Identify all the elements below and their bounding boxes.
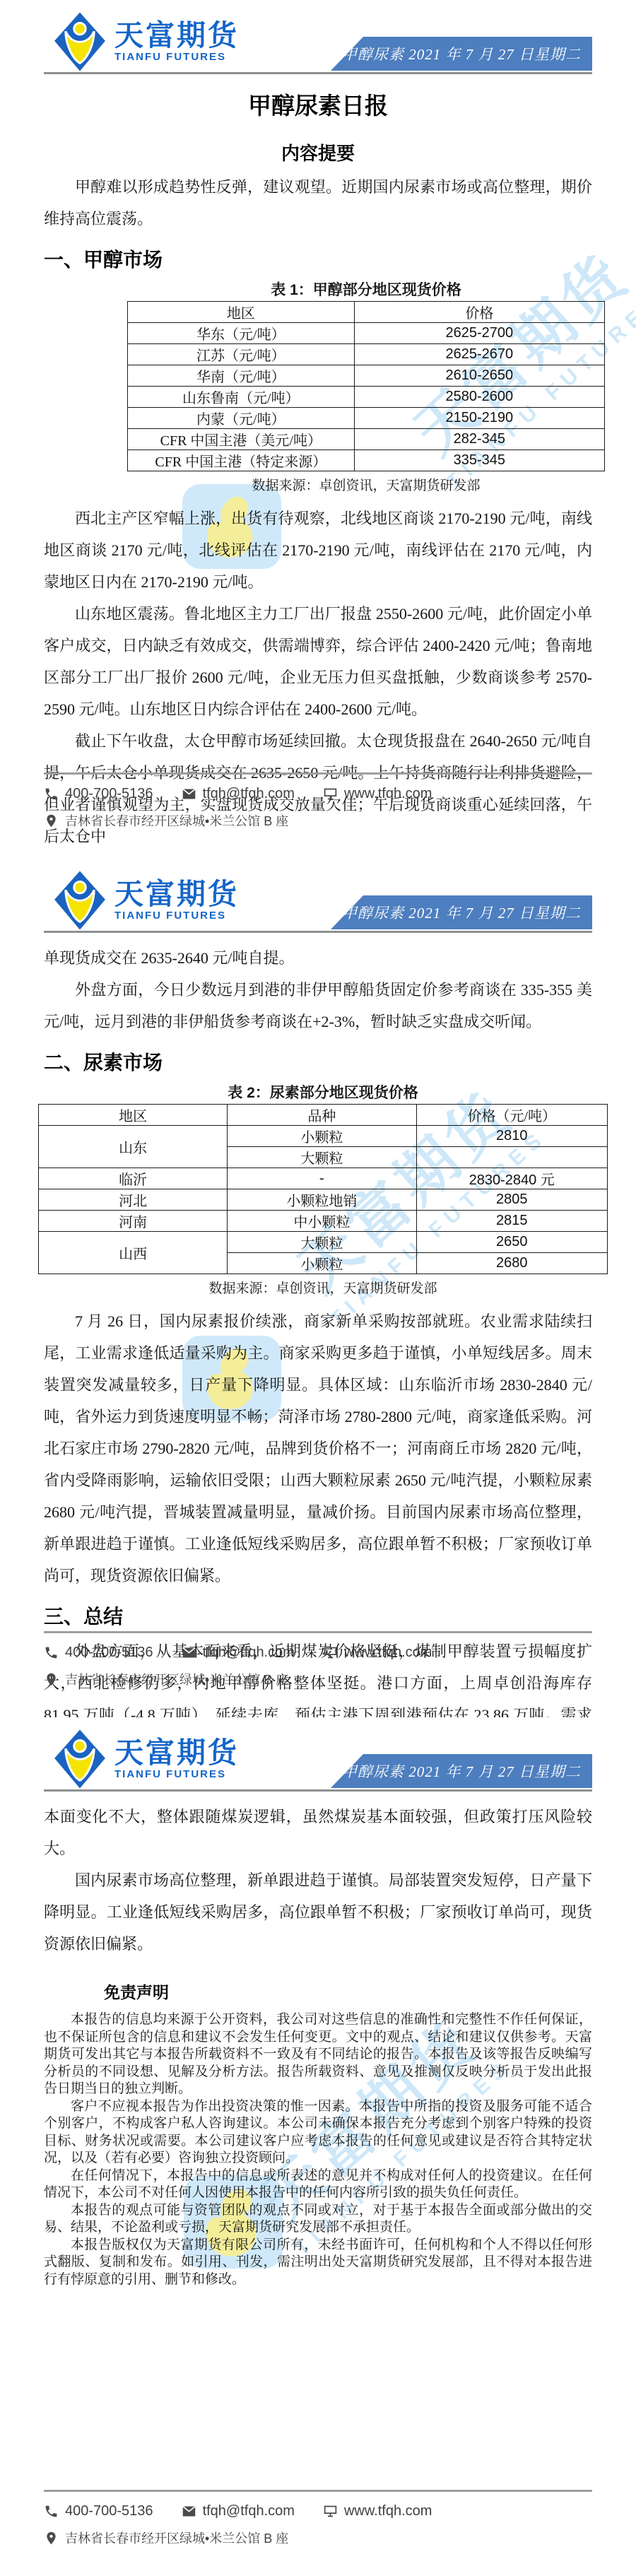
price-cell: 2815 [416,1211,608,1232]
brand-text: 天富期货 TIANFU FUTURES [114,1738,239,1780]
disclaimer-paragraph-2: 客户不应视本报告为作出投资决策的惟一因素。本报告中所指的投资及服务可能不适合个别… [44,2098,592,2168]
page-2: 天富期货 TIANFU FUTURES 天富期货 TIANFU FUTURES … [0,859,636,1717]
disclaimer-paragraph-3: 在任何情况下，本报告中的信息或所表述的意见并不构成对任何人的投资建议。在任何情况… [44,2168,592,2202]
conclusion-paragraph-2: 国内尿素市场高位整理，新单跟进趋于谨慎。局部装置突发短停，日产量下降明显。工业逢… [44,1864,592,1960]
envelope-icon [182,1645,196,1660]
table-row: 内蒙（元/吨）2150-2190 [128,408,605,429]
footer-phone: 400-700-5136 [44,786,153,802]
table-row: 山西 大颗粒 2650 [39,1232,608,1253]
brand-name-en: TIANFU FUTURES [114,910,239,922]
price-cell: 2150-2190 [354,408,604,429]
report-date-banner: 甲醇尿素 2021 年 7 月 27 日星期二 [331,895,592,929]
footer-address-text: 吉林省长春市经开区绿城•米兰公馆 B 座 [65,1670,288,1688]
monitor-icon [323,787,338,801]
brand-name-cn: 天富期货 [114,20,239,51]
footer-email: tfqh@tfqh.com [182,2503,295,2519]
footer-phone-text: 400-700-5136 [65,786,153,802]
footer-contact-row: 400-700-5136 tfqh@tfqh.com www.tfqh.com [44,1645,592,1661]
table-row: 江苏（元/吨）2625-2670 [128,344,605,365]
variety-cell: 中小颗粒 [228,1211,416,1232]
region-cell: 河南 [39,1211,228,1232]
price-cell: 2650 [416,1232,608,1253]
monitor-icon [323,1645,338,1660]
variety-cell: - [228,1168,416,1189]
region-cell: 内蒙（元/吨） [128,408,355,429]
summary-heading: 内容提要 [44,139,592,165]
variety-cell: 大颗粒 [228,1147,416,1168]
footer-address-row: 吉林省长春市经开区绿城•米兰公馆 B 座 [44,1670,592,1688]
envelope-icon [182,2504,196,2519]
company-logo: 天富期货 TIANFU FUTURES [52,1729,239,1789]
section-urea-heading: 二、尿素市场 [44,1047,592,1076]
envelope-icon [182,787,196,801]
table-header-row: 地区 品种 价格（元/吨） [39,1105,608,1126]
variety-cell: 小颗粒地销 [228,1189,416,1211]
page-footer: 400-700-5136 tfqh@tfqh.com www.tfqh.com … [44,1631,592,1698]
report-title: 甲醇尿素日报 [44,88,592,121]
disclaimer-paragraph-4: 本报告的观点可能与资管团队的观点不同或对立，对于基于本报告全面或部分做出的交易、… [44,2202,592,2237]
section-methanol-heading: 一、甲醇市场 [44,245,592,273]
disclaimer-paragraph-1: 本报告的信息均来源于公开资料，我公司对这些信息的准确性和完整性不作任何保证，也不… [44,2011,592,2098]
table-row: 山东鲁南（元/吨）2580-2600 [128,387,605,408]
col-header-variety: 品种 [228,1105,416,1126]
brand-text: 天富期货 TIANFU FUTURES [114,879,239,922]
table-row: 华南（元/吨）2610-2650 [128,365,605,387]
footer-address-text: 吉林省长春市经开区绿城•米兰公馆 B 座 [65,811,288,830]
footer-email: tfqh@tfqh.com [182,786,295,802]
footer-phone: 400-700-5136 [44,2503,153,2519]
page-header: 天富期货 TIANFU FUTURES 甲醇尿素 2021 年 7 月 27 日… [44,11,592,74]
price-cell: 2680 [416,1253,608,1274]
table1-caption: 表 1：甲醇部分地区现货价格 [127,278,605,300]
price-cell: 2610-2650 [354,365,604,387]
footer-email-text: tfqh@tfqh.com [203,2503,295,2519]
brand-text: 天富期货 TIANFU FUTURES [114,20,239,63]
table-row: CFR 中国主港（特定来源）335-345 [128,450,605,471]
page-1: 天富期货 TIANFU FUTURES 天富期货 TIANFU FUTURES … [0,0,636,859]
page-header: 天富期货 TIANFU FUTURES 甲醇尿素 2021 年 7 月 27 日… [44,870,592,933]
variety-cell: 小颗粒 [228,1126,416,1147]
col-header-region: 地区 [39,1105,228,1126]
variety-cell: 大颗粒 [228,1232,416,1253]
brand-name-en: TIANFU FUTURES [114,51,239,63]
methanol-paragraph-4: 外盘方面，今日少数远月到港的非伊甲醇船货固定价参考商谈在 335-355 美元/… [44,974,592,1037]
table-row: 华东（元/吨）2625-2700 [128,323,605,344]
price-cell: 282-345 [354,429,604,450]
footer-website: www.tfqh.com [323,2503,432,2519]
footer-address: 吉林省长春市经开区绿城•米兰公馆 B 座 [44,1670,288,1688]
table-row: 河南 中小颗粒 2815 [39,1211,608,1232]
price-cell: 2625-2700 [354,323,604,344]
region-cell: 江苏（元/吨） [128,344,355,365]
logo-diamond-icon [52,11,107,72]
phone-icon [44,1645,59,1660]
variety-cell: 小颗粒 [228,1253,416,1274]
price-cell: 2805 [416,1189,608,1211]
phone-icon [44,787,59,801]
footer-email: tfqh@tfqh.com [182,1645,295,1661]
brand-name-cn: 天富期货 [114,879,239,910]
methanol-price-table: 地区 价格 华东（元/吨）2625-2700 江苏（元/吨）2625-2670 … [127,301,605,471]
price-cell: 335-345 [354,450,604,471]
monitor-icon [323,2504,338,2519]
footer-website: www.tfqh.com [323,786,432,802]
section-conclusion-heading: 三、总结 [44,1601,592,1630]
region-cell: CFR 中国主港（美元/吨） [128,429,355,450]
page-footer: 400-700-5136 tfqh@tfqh.com www.tfqh.com … [44,772,592,839]
footer-phone-text: 400-700-5136 [65,2503,153,2519]
location-pin-icon [44,1672,59,1687]
col-header-price: 价格 [354,302,604,323]
page3-content: 本面变化不大，整体跟随煤炭逻辑，虽然煤炭基本面较强，但政策打压风险较大。 国内尿… [44,1801,592,2288]
footer-address: 吉林省长春市经开区绿城•米兰公馆 B 座 [44,2529,288,2547]
location-pin-icon [44,2531,59,2546]
table2-source: 数据来源：卓创资讯，天富期货研发部 [38,1278,608,1297]
page-3: 天富期货 TIANFU FUTURES 天富期货 TIANFU FUTURES … [0,1717,636,2576]
footer-website-text: www.tfqh.com [344,786,432,802]
col-header-price: 价格（元/吨） [416,1105,608,1126]
banner-text: 甲醇尿素 2021 年 7 月 27 日星期二 [342,902,581,923]
methanol-paragraph-2: 山东地区震荡。鲁北地区主力工厂出厂报盘 2550-2600 元/吨，此价固定小单… [44,598,592,725]
region-cell: 山西 [39,1232,228,1274]
footer-address-row: 吉林省长春市经开区绿城•米兰公馆 B 座 [44,2529,592,2547]
footer-address: 吉林省长春市经开区绿城•米兰公馆 B 座 [44,811,288,830]
col-header-region: 地区 [128,302,355,323]
methanol-paragraph-1: 西北主产区窄幅上涨，出货有待观察，北线地区商谈 2170-2190 元/吨，南线… [44,502,592,598]
phone-icon [44,2504,59,2519]
table-row: CFR 中国主港（美元/吨）282-345 [128,429,605,450]
footer-contact-row: 400-700-5136 tfqh@tfqh.com www.tfqh.com [44,786,592,802]
region-cell: CFR 中国主港（特定来源） [128,450,355,471]
table1-source: 数据来源：卓创资讯，天富期货研发部 [127,475,605,494]
price-cell: 2830-2840 元 [416,1168,608,1189]
summary-paragraph: 甲醇难以形成趋势性反弹，建议观望。近期国内尿素市场或高位整理，期价维持高位震荡。 [44,171,592,235]
table-row: 河北 小颗粒地销 2805 [39,1189,608,1211]
footer-email-text: tfqh@tfqh.com [203,1645,295,1661]
footer-website-text: www.tfqh.com [344,1645,432,1661]
company-logo: 天富期货 TIANFU FUTURES [52,870,239,931]
footer-phone-text: 400-700-5136 [65,1645,153,1661]
footer-website-text: www.tfqh.com [344,2503,432,2519]
methanol-paragraph-3-cont: 单现货成交在 2635-2640 元/吨自提。 [44,942,592,974]
price-cell [416,1147,608,1168]
region-cell: 山东鲁南（元/吨） [128,387,355,408]
report-date-banner: 甲醇尿素 2021 年 7 月 27 日星期二 [331,1754,592,1788]
page2-content: 单现货成交在 2635-2640 元/吨自提。 外盘方面，今日少数远月到港的非伊… [44,942,592,1717]
footer-contact-row: 400-700-5136 tfqh@tfqh.com www.tfqh.com [44,2503,592,2519]
region-cell: 河北 [39,1189,228,1211]
table2-caption: 表 2：尿素部分地区现货价格 [38,1081,608,1102]
region-cell: 华东（元/吨） [128,323,355,344]
footer-email-text: tfqh@tfqh.com [203,786,295,802]
footer-address-text: 吉林省长春市经开区绿城•米兰公馆 B 座 [65,2529,288,2547]
table-row: 山东 小颗粒 2810 [39,1126,608,1147]
page1-content: 甲醇尿素日报 内容提要 甲醇难以形成趋势性反弹，建议观望。近期国内尿素市场或高位… [44,73,592,852]
conclusion-paragraph-1-cont: 本面变化不大，整体跟随煤炭逻辑，虽然煤炭基本面较强，但政策打压风险较大。 [44,1801,592,1864]
table-row: 临沂 - 2830-2840 元 [39,1168,608,1189]
page-footer: 400-700-5136 tfqh@tfqh.com www.tfqh.com … [44,2490,592,2556]
region-cell: 山东 [39,1126,228,1168]
region-cell: 临沂 [39,1168,228,1189]
urea-paragraph: 7 月 26 日，国内尿素报价续涨，商家新单采购按部就班。农业需求陆续扫尾，工业… [44,1305,592,1592]
banner-text: 甲醇尿素 2021 年 7 月 27 日星期二 [342,43,581,64]
region-cell: 华南（元/吨） [128,365,355,387]
location-pin-icon [44,813,59,828]
disclaimer-heading: 免责声明 [104,1980,592,2003]
company-logo: 天富期货 TIANFU FUTURES [52,11,239,72]
logo-diamond-icon [52,1729,107,1789]
footer-phone: 400-700-5136 [44,1645,153,1661]
urea-price-table: 地区 品种 价格（元/吨） 山东 小颗粒 2810 大颗粒 临沂 - 2830-… [38,1104,608,1274]
report-date-banner: 甲醇尿素 2021 年 7 月 27 日星期二 [331,37,592,71]
disclaimer-paragraph-5: 本报告版权仅为天富期货有限公司所有，未经书面许可，任何机构和个人不得以任何形式翻… [44,2237,592,2289]
price-cell: 2580-2600 [354,387,604,408]
price-cell: 2810 [416,1126,608,1147]
footer-address-row: 吉林省长春市经开区绿城•米兰公馆 B 座 [44,811,592,830]
banner-text: 甲醇尿素 2021 年 7 月 27 日星期二 [342,1760,581,1782]
brand-name-cn: 天富期货 [114,1738,239,1768]
footer-website: www.tfqh.com [323,1645,432,1661]
brand-name-en: TIANFU FUTURES [114,1768,239,1780]
table-header-row: 地区 价格 [128,302,605,323]
page-header: 天富期货 TIANFU FUTURES 甲醇尿素 2021 年 7 月 27 日… [44,1729,592,1792]
logo-diamond-icon [52,870,107,931]
price-cell: 2625-2670 [354,344,604,365]
